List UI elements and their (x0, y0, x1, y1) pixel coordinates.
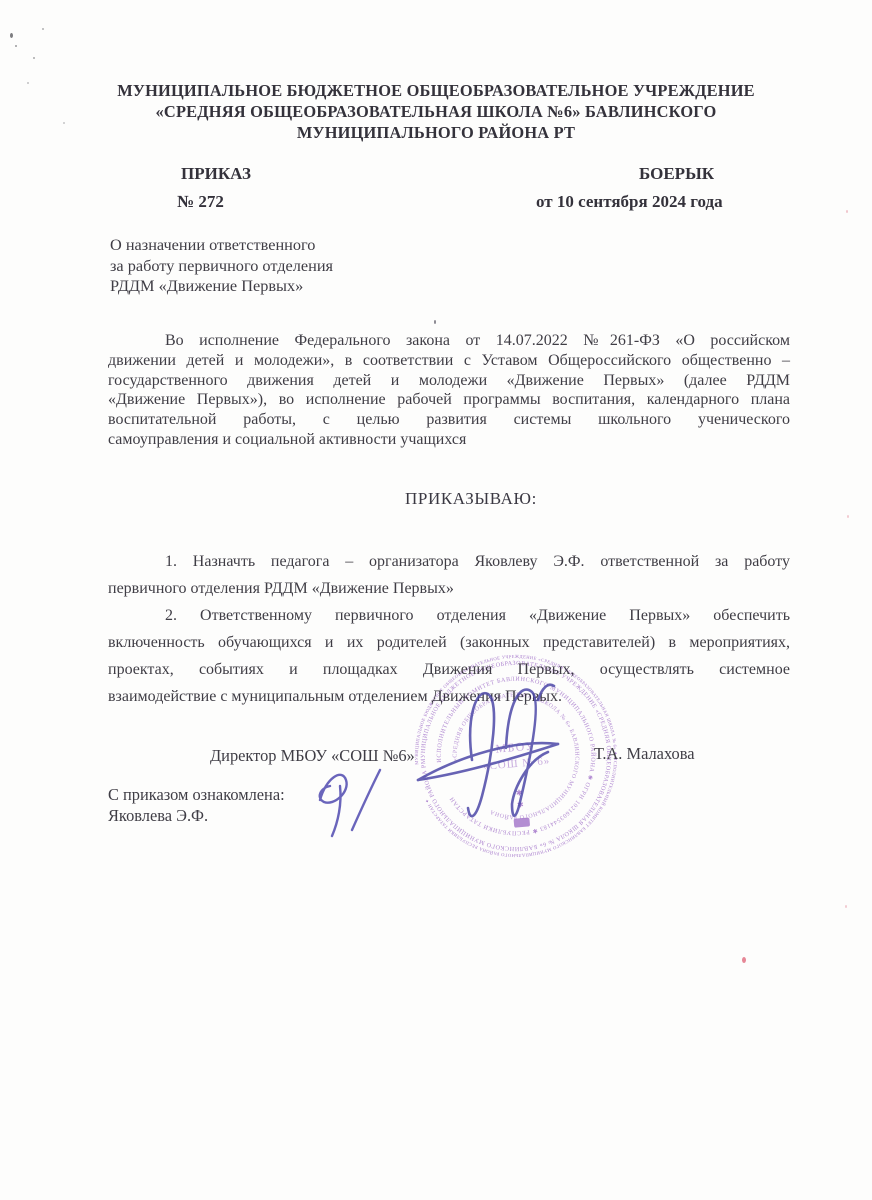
order-number: № 272 (177, 192, 224, 212)
header-line: «СРЕДНЯЯ ОБЩЕОБРАЗОВАТЕЛЬНАЯ ШКОЛА №6» Б… (84, 101, 788, 122)
order-date: от 10 сентября 2024 года (536, 192, 723, 212)
item-line: 2. Ответственному первичного отделения «… (108, 602, 790, 629)
item-line: 1. Назначть педагога – организатора Яков… (108, 548, 790, 575)
scan-noise-dot (33, 57, 35, 59)
subject-line: за работу первичного отделения (110, 256, 333, 277)
scan-noise-dot (742, 957, 746, 963)
subject-line: О назначении ответственного (110, 235, 333, 256)
document-page: МУНИЦИПАЛЬНОЕ БЮДЖЕТНОЕ ОБЩЕОБРАЗОВАТЕЛЬ… (0, 0, 872, 1200)
director-name: Т.А. Малахова (594, 744, 695, 764)
acknowledgement-line: С приказом ознакомлена: (108, 785, 285, 805)
preamble-line: Во исполнение Федерального закона от 14.… (108, 331, 790, 351)
scan-noise-dot (15, 45, 17, 47)
resolution-heading: ПРИКАЗЫВАЮ: (130, 489, 812, 509)
scan-noise-dot (63, 122, 65, 124)
item-line: первичного отделения РДДМ «Движение Перв… (108, 575, 790, 602)
preamble-line: государственного движения детей и молоде… (108, 371, 790, 391)
preamble-line: «Движение Первых»), во исполнение рабоче… (108, 390, 790, 410)
order-subject: О назначении ответственного за работу пе… (110, 235, 333, 297)
preamble-line: воспитательной работы, с целью развития … (108, 410, 790, 430)
scan-noise-dot (10, 33, 13, 38)
order-label-tatar: БОЕРЫК (639, 164, 714, 184)
acknowledgement-signature (320, 770, 380, 836)
scan-noise-dot (42, 28, 44, 30)
header-line: МУНИЦИПАЛЬНОГО РАЙОНА РТ (84, 122, 788, 143)
order-label-ru: ПРИКАЗ (181, 164, 251, 184)
preamble-line: движении детей и молодежи», в соответств… (108, 351, 790, 371)
scan-noise-dot (846, 210, 848, 213)
director-label: Директор МБОУ «СОШ №6» (210, 746, 415, 766)
scan-noise-dot (434, 320, 436, 324)
scan-noise-dot (847, 515, 849, 518)
acknowledged-by-name: Яковлева Э.Ф. (108, 806, 208, 826)
header-line: МУНИЦИПАЛЬНОЕ БЮДЖЕТНОЕ ОБЩЕОБРАЗОВАТЕЛЬ… (84, 80, 788, 101)
scan-noise-dot (845, 905, 847, 908)
subject-line: РДДМ «Движение Первых» (110, 276, 333, 297)
scan-noise-dot (27, 82, 29, 84)
document-header: МУНИЦИПАЛЬНОЕ БЮДЖЕТНОЕ ОБЩЕОБРАЗОВАТЕЛЬ… (84, 80, 788, 143)
director-signature (418, 685, 558, 816)
preamble-paragraph: Во исполнение Федерального закона от 14.… (108, 331, 790, 450)
preamble-line: самоуправления и социальной активности у… (108, 430, 790, 450)
